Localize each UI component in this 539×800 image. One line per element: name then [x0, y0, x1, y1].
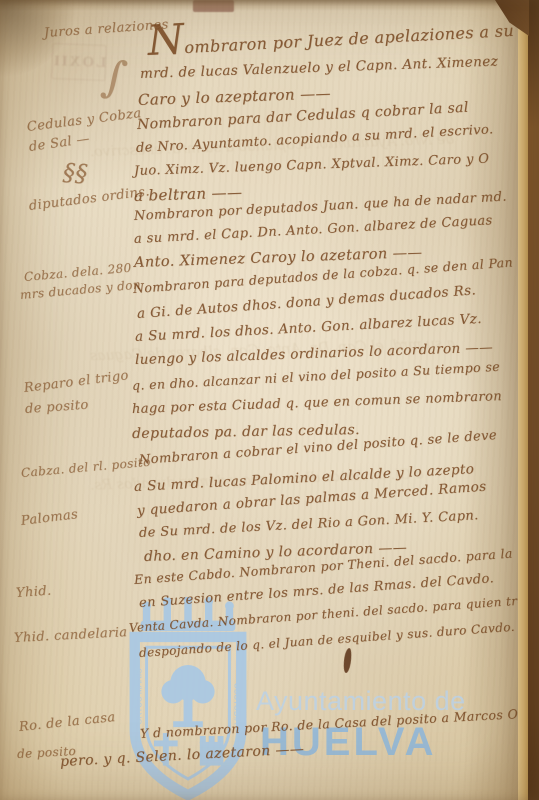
- page-top-edge: [0, 0, 539, 11]
- page-curl-shadow: [463, 0, 525, 800]
- handwriting-line: mrd. de lucas Valenzuelo y el Capn. Ant.…: [140, 53, 499, 81]
- handwriting-line: Y d nombraron por Ro. de la Casa del pos…: [140, 706, 519, 741]
- handwriting-line: a beltran ——: [134, 183, 243, 205]
- handwriting-line: Juo. Ximz. Vz. luengo Capn. Xptval. Ximz…: [134, 152, 490, 179]
- handwriting-line: Caro y lo azeptaron ——: [138, 84, 331, 109]
- manuscript-page: de Nro. Ayuntamto. acopiando a su mrd. e…: [0, 0, 539, 800]
- handwriting-layer: Nombraron por Juez de apelaziones a sumr…: [0, 0, 539, 800]
- handwriting-line: haga por esta Ciudad q. que en comun se …: [132, 389, 503, 417]
- book-binding: [528, 0, 539, 800]
- handwriting-line: pero. y q. Selen. lo azetaron ——: [60, 741, 305, 770]
- handwriting-line: Nombraron por Juez de apelaziones a su: [148, 21, 515, 59]
